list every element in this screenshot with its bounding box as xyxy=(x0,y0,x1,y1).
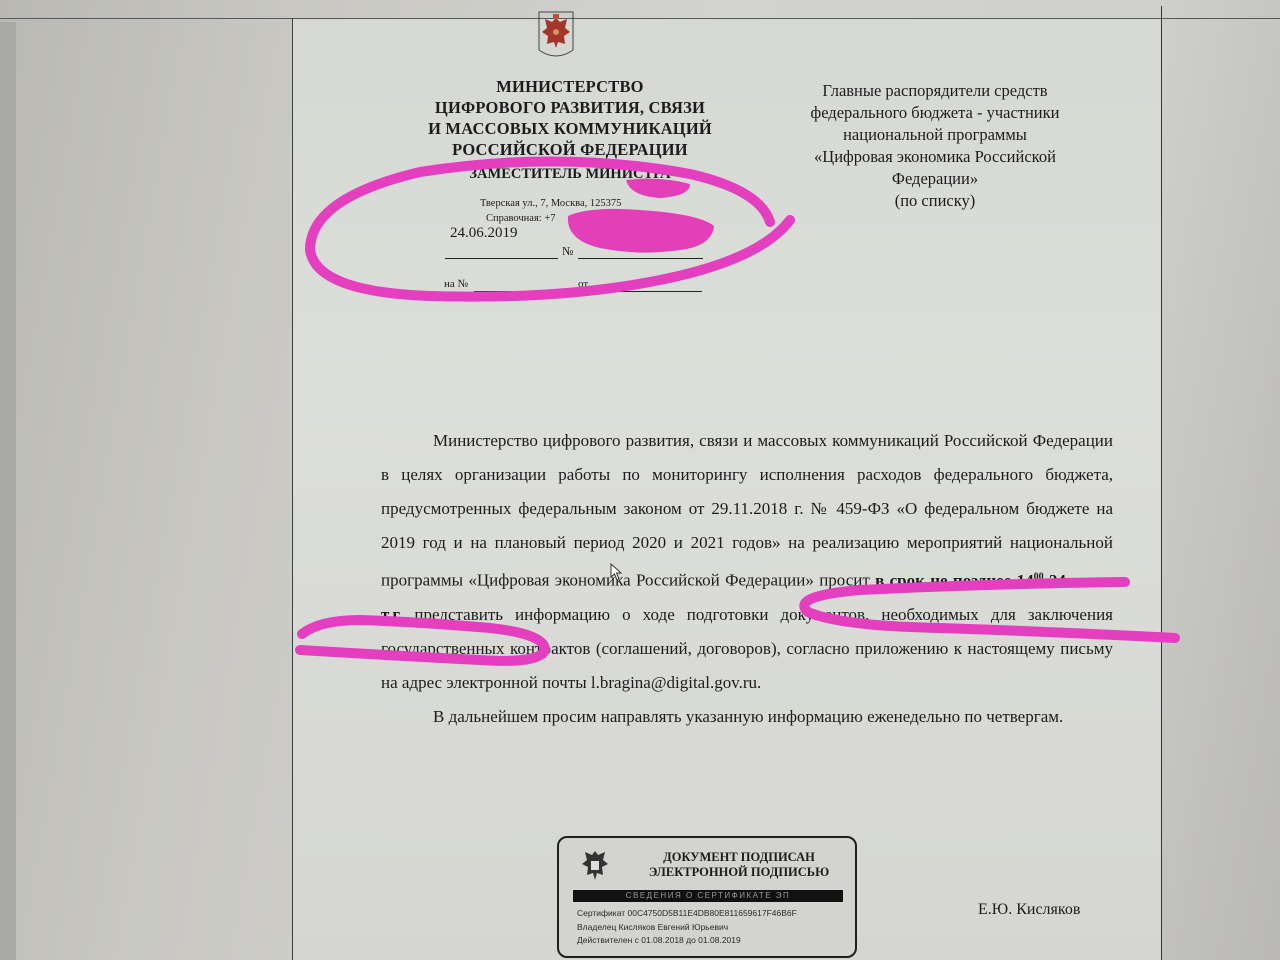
letter-body: Министерство цифрового развития, связи и… xyxy=(381,424,1113,734)
body-paragraph: В дальнейшем просим направлять указанную… xyxy=(381,700,1113,734)
reference-row: на № от xyxy=(440,278,710,296)
stamp-title-line: ДОКУМЕНТ ПОДПИСАН xyxy=(629,850,849,865)
certificate-info-bar: СВЕДЕНИЯ О СЕРТИФИКАТЕ ЭП xyxy=(573,890,843,902)
screen-edge xyxy=(0,22,16,960)
email-link[interactable]: l.bragina@digital.gov.ru xyxy=(591,673,757,692)
body-paragraph: Министерство цифрового развития, связи и… xyxy=(381,424,1113,700)
stamp-title: ДОКУМЕНТ ПОДПИСАН ЭЛЕКТРОННОЙ ПОДПИСЬЮ xyxy=(629,850,849,880)
body-text: Министерство цифрового развития, связи и… xyxy=(381,431,1113,590)
ministry-name: МИНИСТЕРСТВО ЦИФРОВОГО РАЗВИТИЯ, СВЯЗИ И… xyxy=(410,76,730,160)
page-frame-left xyxy=(292,18,293,960)
sender-phone: Справочная: +7 xyxy=(486,213,556,224)
sender-position: ЗАМЕСТИТЕЛЬ МИНИСТРА xyxy=(440,166,700,183)
reference-label: на № xyxy=(444,278,468,290)
registration-number-row: № xyxy=(440,244,710,262)
certificate-owner: Владелец Кисляков Евгений Юрьевич xyxy=(577,922,728,932)
blank-line xyxy=(474,291,574,292)
deadline-time: в срок не позднее 14 xyxy=(875,571,1033,590)
electronic-signature-stamp: ДОКУМЕНТ ПОДПИСАН ЭЛЕКТРОННОЙ ПОДПИСЬЮ С… xyxy=(557,836,857,958)
stamp-title-line: ЭЛЕКТРОННОЙ ПОДПИСЬЮ xyxy=(629,865,849,880)
recipient-line: Федерации» xyxy=(770,168,1100,190)
sender-address: Тверская ул., 7, Москва, 125375 xyxy=(480,198,621,209)
recipient-line: национальной программы xyxy=(770,124,1100,146)
recipient-block: Главные распорядители средств федерально… xyxy=(770,80,1100,212)
number-label: № xyxy=(562,244,573,259)
ministry-line: ЦИФРОВОГО РАЗВИТИЯ, СВЯЗИ xyxy=(410,97,730,118)
russian-coat-of-arms-icon xyxy=(537,10,575,62)
ministry-line: И МАССОВЫХ КОММУНИКАЦИЙ xyxy=(410,118,730,139)
ministry-line: РОССИЙСКОЙ ФЕДЕРАЦИИ xyxy=(410,139,730,160)
recipient-line: (по списку) xyxy=(770,190,1100,212)
mouse-cursor-icon xyxy=(610,563,624,581)
ministry-line: МИНИСТЕРСТВО xyxy=(410,76,730,97)
page-frame-right xyxy=(1161,6,1162,960)
blank-line xyxy=(578,258,703,259)
certificate-validity: Действителен с 01.08.2018 до 01.08.2019 xyxy=(577,935,741,945)
recipient-line: «Цифровая экономика Российской xyxy=(770,146,1100,168)
reference-from-label: от xyxy=(578,278,588,290)
signer-name: Е.Ю. Кисляков xyxy=(978,901,1080,919)
blank-line xyxy=(445,258,558,259)
russian-coat-of-arms-icon xyxy=(579,848,611,884)
deadline-minutes: 00 xyxy=(1034,571,1044,582)
certificate-number: Сертификат 00C4750D5B11E4DB80E811659617F… xyxy=(577,908,797,918)
body-text: . xyxy=(757,673,761,692)
letter-date: 24.06.2019 xyxy=(450,225,518,242)
blank-line xyxy=(598,291,702,292)
recipient-line: Главные распорядители средств xyxy=(770,80,1100,102)
recipient-line: федерального бюджета - участники xyxy=(770,102,1100,124)
